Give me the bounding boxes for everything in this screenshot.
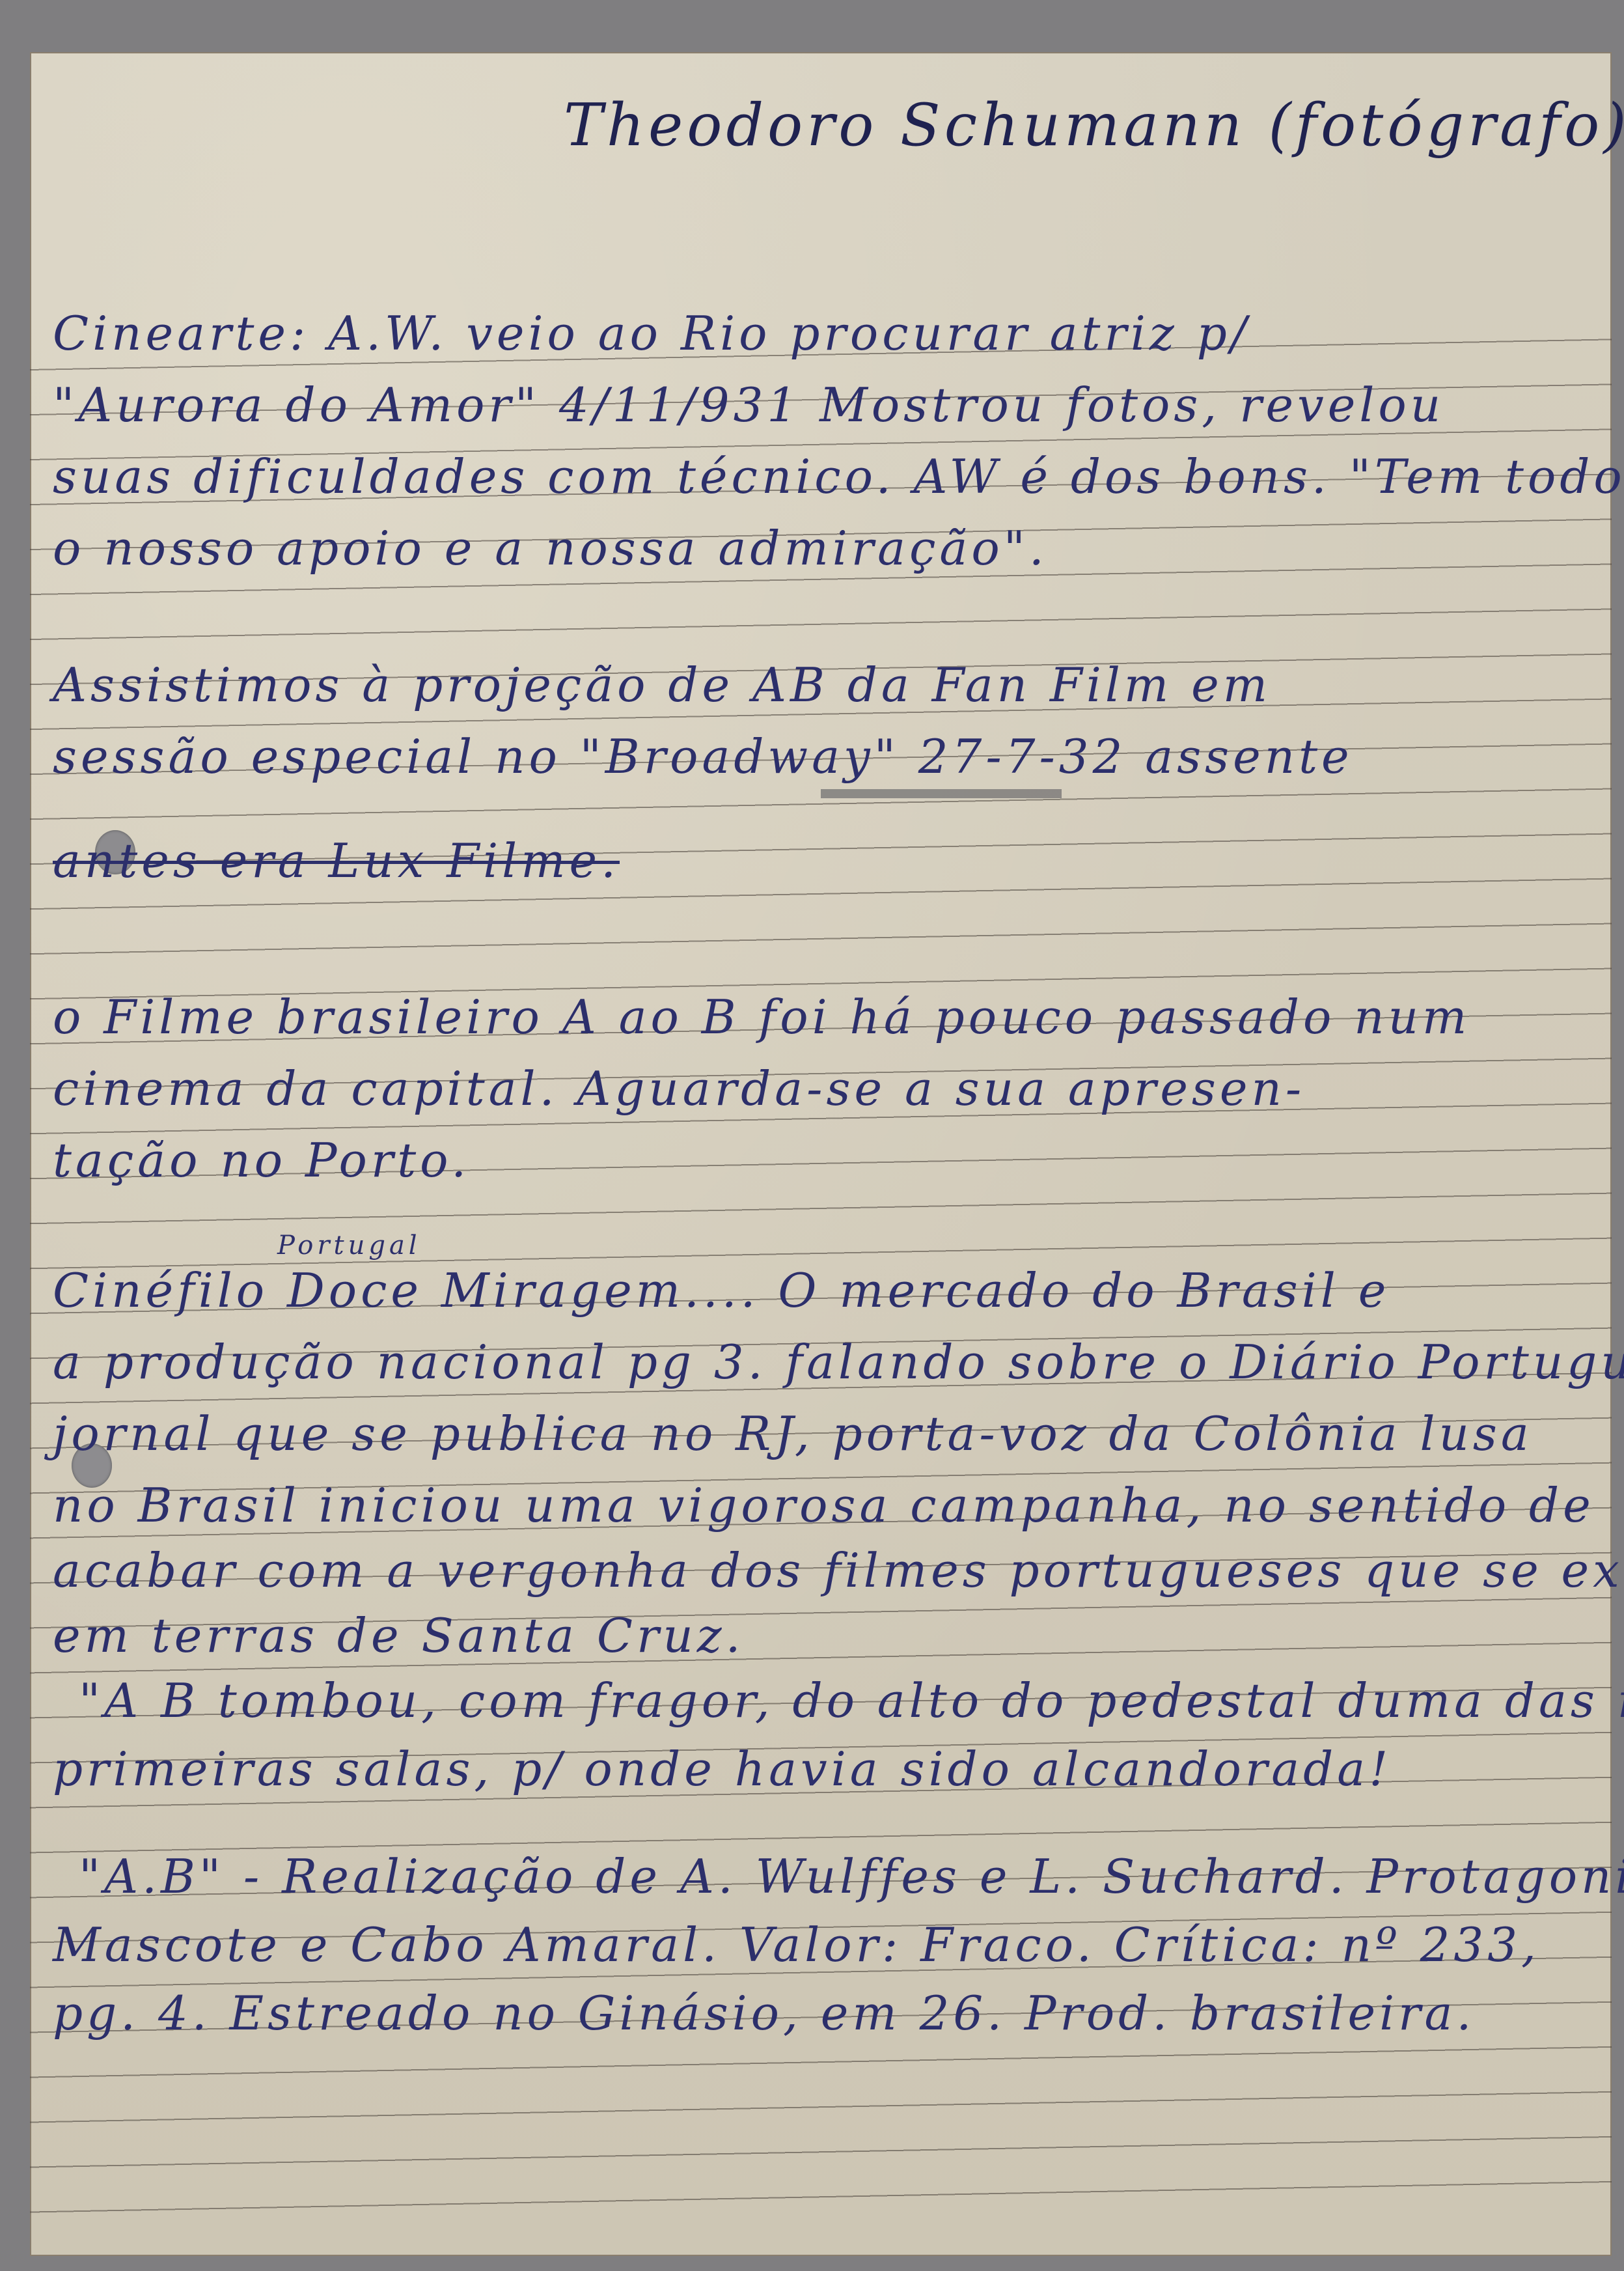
text-line: a produção nacional pg 3. falando sobre … — [53, 1335, 1624, 1389]
text-line: no Brasil iniciou uma vigorosa campanha,… — [53, 1478, 1595, 1533]
text-line: suas dificuldades com técnico. AW é dos … — [53, 449, 1624, 504]
text-line: em terras de Santa Cruz. — [53, 1608, 745, 1663]
text-line: pg. 4. Estreado no Ginásio, em 26. Prod.… — [53, 1986, 1475, 2041]
text-line: Cinéfilo Doce Miragem.... O mercado do B… — [53, 1263, 1390, 1318]
text-line: primeiras salas, p/ onde havia sido alca… — [53, 1742, 1392, 1796]
page-title: Theodoro Schumann (fotógrafo) — [564, 91, 1624, 160]
text-line: sessão especial no "Broadway" 27-7-32 as… — [53, 729, 1353, 784]
text-line: cinema da capital. Aguarda-se a sua apre… — [53, 1061, 1305, 1116]
text-line: o nosso apoio e a nossa admiração". — [53, 521, 1048, 576]
text-line: acabar com a vergonha dos filmes portugu… — [53, 1543, 1624, 1598]
text-line: tação no Porto. — [53, 1133, 470, 1188]
pencil-underline — [821, 788, 1062, 798]
notebook-page: Theodoro Schumann (fotógrafo) Cinearte: … — [30, 52, 1612, 2256]
struck-line: antes era Lux Filme. — [53, 833, 620, 888]
text-line: "A B tombou, com fragor, do alto do pede… — [79, 1673, 1624, 1728]
text-line: jornal que se publica no RJ, porta-voz d… — [53, 1406, 1533, 1461]
text-line: o Filme brasileiro A ao B foi há pouco p… — [53, 990, 1470, 1044]
text-line: "Aurora do Amor" 4/11/931 Mostrou fotos,… — [53, 378, 1444, 432]
text-line: Mascote e Cabo Amaral. Valor: Fraco. Crí… — [53, 1917, 1540, 1972]
text-line: "A.B" - Realização de A. Wulffes e L. Su… — [79, 1849, 1624, 1904]
text-line: Assistimos à projeção de AB da Fan Film … — [53, 658, 1271, 712]
annotation: Portugal — [277, 1231, 421, 1261]
text-line: Cinearte: A.W. veio ao Rio procurar atri… — [53, 306, 1250, 361]
